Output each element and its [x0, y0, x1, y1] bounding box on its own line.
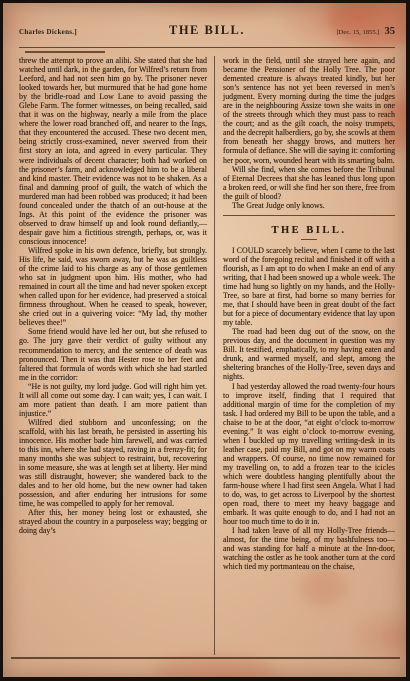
right-column-top: work in the field, until she strayed her…: [223, 56, 395, 210]
paragraph: I COULD scarcely believe, when I came to…: [223, 246, 395, 327]
page-number: 35: [385, 26, 396, 37]
paragraph: Wilfred spoke in his own defence, briefl…: [19, 246, 207, 327]
bottom-rule: [11, 657, 400, 659]
paragraph: Will she find, when she comes before the…: [223, 165, 395, 201]
paragraph: Wilfred died stubborn and unconfessing; …: [19, 418, 207, 508]
paragraph: I had yesterday allowed the road twenty-…: [223, 382, 395, 527]
header-date: [Dec. 15, 1855.]: [336, 29, 379, 36]
header-issue-info: [Dec. 15, 1855.]35: [278, 26, 396, 37]
right-column: work in the field, until she strayed her…: [214, 56, 395, 655]
scanned-page: Charles Dickens.] THE BILL. [Dec. 15, 18…: [0, 0, 410, 681]
paragraph: work in the field, until she strayed her…: [223, 56, 395, 165]
text-columns: threw the attempt to prove an alibi. She…: [19, 56, 395, 655]
paragraph: Some friend would have led her out, but …: [19, 327, 207, 381]
header-rule: [19, 47, 395, 48]
paragraph: The road had been dug out of the snow, o…: [223, 327, 395, 381]
paragraph: After this, her money being lost or exha…: [19, 508, 207, 535]
header-author: Charles Dickens.]: [19, 28, 137, 36]
paragraph: “He is not guilty, my lord judge. God wi…: [19, 382, 207, 418]
section-divider-rule: [223, 215, 395, 216]
running-title: THE BILL.: [137, 23, 278, 38]
page-header: Charles Dickens.] THE BILL. [Dec. 15, 18…: [19, 23, 395, 38]
paragraph: threw the attempt to prove an alibi. She…: [19, 56, 207, 246]
paper: Charles Dickens.] THE BILL. [Dec. 15, 18…: [3, 3, 406, 677]
header-rule-segment: [25, 51, 105, 53]
left-column: threw the attempt to prove an alibi. She…: [19, 56, 214, 655]
section-break: THE BILL.: [223, 215, 395, 240]
heading-underline-rule: [301, 239, 317, 240]
paragraph: The Great Judge only knows.: [223, 201, 395, 210]
section-heading: THE BILL.: [223, 225, 395, 236]
paragraph: I had taken leave of all my Holly-Tree f…: [223, 526, 395, 571]
right-column-bottom: I COULD scarcely believe, when I came to…: [223, 246, 395, 572]
